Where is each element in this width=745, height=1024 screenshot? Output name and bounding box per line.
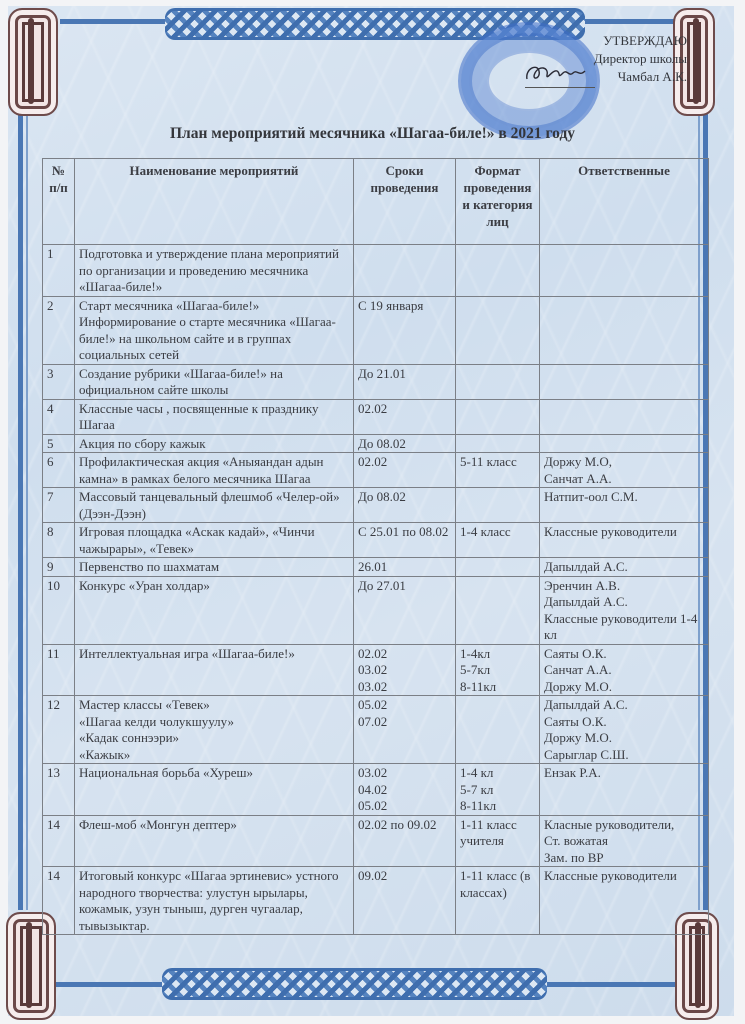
table-row: 1Подготовка и утверждение плана мероприя… [43, 245, 709, 297]
cell-format: 1-4 кл 5-7 кл 8-11кл [456, 764, 540, 816]
header-event-name: Наименование мероприятий [75, 159, 354, 245]
cell-number: 6 [43, 453, 75, 488]
cell-responsible: Саяты О.К. Санчат А.А. Доржу М.О. [540, 644, 709, 696]
cell-number: 13 [43, 764, 75, 816]
cell-format [456, 558, 540, 577]
cell-responsible [540, 245, 709, 297]
celtic-band-bottom [162, 968, 547, 1000]
cell-number: 12 [43, 696, 75, 764]
cell-responsible: Дапылдай А.С. [540, 558, 709, 577]
cell-event-name: Флеш-моб «Монгун дептер» [75, 815, 354, 867]
cell-responsible: Ензак Р.А. [540, 764, 709, 816]
cell-dates: С 19 января [354, 296, 456, 364]
cell-dates: 26.01 [354, 558, 456, 577]
document-title: План мероприятий месячника «Шагаа-биле!»… [0, 125, 745, 143]
cell-dates: 03.02 04.02 05.02 [354, 764, 456, 816]
table-row: 9Первенство по шахматам26.01Дапылдай А.С… [43, 558, 709, 577]
cell-dates [354, 245, 456, 297]
cell-event-name: Профилактическая акция «Аныяандан адын к… [75, 453, 354, 488]
table-row: 5Акция по сбору кажыкДо 08.02 [43, 434, 709, 453]
cell-dates: 09.02 [354, 867, 456, 935]
cell-format: 1-11 класс учителя [456, 815, 540, 867]
cell-event-name: Классные часы , посвященные к празднику … [75, 399, 354, 434]
cell-event-name: Интеллектуальная игра «Шагаа-биле!» [75, 644, 354, 696]
frame-left-line [18, 110, 23, 910]
cell-format [456, 399, 540, 434]
table-row: 2Старт месячника «Шагаа-биле!» Информиро… [43, 296, 709, 364]
cell-dates: 02.02 по 09.02 [354, 815, 456, 867]
cell-event-name: Создание рубрики «Шагаа-биле!» на официа… [75, 364, 354, 399]
cell-responsible [540, 434, 709, 453]
cell-number: 3 [43, 364, 75, 399]
table-row: 11Интеллектуальная игра «Шагаа-биле!»02.… [43, 644, 709, 696]
cell-event-name: Массовый танцевальный флешмоб «Челер-ой»… [75, 488, 354, 523]
approval-name: Чамбал А.К. [594, 68, 687, 86]
cell-format: 1-11 класс (в классах) [456, 867, 540, 935]
cell-event-name: Мастер классы «Тевек» «Шагаа келди чолук… [75, 696, 354, 764]
cell-event-name: Итоговый конкурс «Шагаа эртиневис» устно… [75, 867, 354, 935]
cell-number: 10 [43, 576, 75, 644]
table-row: 12Мастер классы «Тевек» «Шагаа келди чол… [43, 696, 709, 764]
cell-responsible [540, 364, 709, 399]
table-row: 6Профилактическая акция «Аныяандан адын … [43, 453, 709, 488]
table-row: 7Массовый танцевальный флешмоб «Челер-ой… [43, 488, 709, 523]
cell-dates: 02.02 03.02 03.02 [354, 644, 456, 696]
cell-event-name: Акция по сбору кажык [75, 434, 354, 453]
cell-number: 7 [43, 488, 75, 523]
header-responsible: Ответственные [540, 159, 709, 245]
table-header-row: № п/п Наименование мероприятий Сроки про… [43, 159, 709, 245]
frame-left-inner-line [26, 110, 28, 910]
approval-block: УТВЕРЖДАЮ Директор школы Чамбал А.К. [594, 32, 687, 86]
cell-event-name: Старт месячника «Шагаа-биле!» Информиров… [75, 296, 354, 364]
cell-format: 5-11 класс [456, 453, 540, 488]
cell-event-name: Первенство по шахматам [75, 558, 354, 577]
cell-format [456, 364, 540, 399]
cell-format [456, 434, 540, 453]
cell-format: 1-4кл 5-7кл 8-11кл [456, 644, 540, 696]
cell-format [456, 696, 540, 764]
cell-format [456, 488, 540, 523]
table-row: 13Национальная борьба «Хуреш»03.02 04.02… [43, 764, 709, 816]
table-row: 3Создание рубрики «Шагаа-биле!» на офици… [43, 364, 709, 399]
cell-responsible: Классные руководители [540, 867, 709, 935]
cell-dates: С 25.01 по 08.02 [354, 523, 456, 558]
header-format: Формат проведения и категория лиц [456, 159, 540, 245]
cell-number: 11 [43, 644, 75, 696]
cell-responsible [540, 296, 709, 364]
cell-responsible: Эренчин А.В. Дапылдай А.С. Классные руко… [540, 576, 709, 644]
approval-position: Директор школы [594, 50, 687, 68]
frame-bottom-line [55, 982, 165, 987]
director-signature [525, 63, 595, 88]
cell-dates: 02.02 [354, 453, 456, 488]
approval-heading: УТВЕРЖДАЮ [594, 32, 687, 50]
cell-number: 5 [43, 434, 75, 453]
cell-dates: 05.02 07.02 [354, 696, 456, 764]
cell-format [456, 296, 540, 364]
frame-top-line [60, 19, 170, 24]
cell-dates: До 21.01 [354, 364, 456, 399]
cell-responsible: Дапылдай А.С. Саяты О.К. Доржу М.О. Сары… [540, 696, 709, 764]
cell-event-name: Национальная борьба «Хуреш» [75, 764, 354, 816]
cell-format: 1-4 класс [456, 523, 540, 558]
cell-number: 1 [43, 245, 75, 297]
cell-responsible: Доржу М.О, Санчат А.А. [540, 453, 709, 488]
cell-dates: До 08.02 [354, 488, 456, 523]
table-row: 14Итоговый конкурс «Шагаа эртиневис» уст… [43, 867, 709, 935]
table-row: 4Классные часы , посвященные к празднику… [43, 399, 709, 434]
cell-number: 14 [43, 867, 75, 935]
cell-event-name: Подготовка и утверждение плана мероприят… [75, 245, 354, 297]
cell-number: 2 [43, 296, 75, 364]
header-number: № п/п [43, 159, 75, 245]
table-row: 14Флеш-моб «Монгун дептер»02.02 по 09.02… [43, 815, 709, 867]
corner-knot-icon [8, 8, 58, 116]
cell-responsible: Классные руководители [540, 523, 709, 558]
header-dates: Сроки проведения [354, 159, 456, 245]
cell-number: 8 [43, 523, 75, 558]
cell-event-name: Конкурс «Уран холдар» [75, 576, 354, 644]
cell-number: 9 [43, 558, 75, 577]
cell-responsible [540, 399, 709, 434]
cell-event-name: Игровая площадка «Аскак кадай», «Чинчи ч… [75, 523, 354, 558]
cell-format [456, 245, 540, 297]
table-row: 8Игровая площадка «Аскак кадай», «Чинчи … [43, 523, 709, 558]
table-row: 10Конкурс «Уран холдар»До 27.01Эренчин А… [43, 576, 709, 644]
cell-dates: 02.02 [354, 399, 456, 434]
cell-number: 14 [43, 815, 75, 867]
cell-format [456, 576, 540, 644]
cell-number: 4 [43, 399, 75, 434]
cell-dates: До 27.01 [354, 576, 456, 644]
cell-dates: До 08.02 [354, 434, 456, 453]
events-plan-table: № п/п Наименование мероприятий Сроки про… [42, 158, 709, 935]
cell-responsible: Натпит-оол С.М. [540, 488, 709, 523]
cell-responsible: Класные руководители, Ст. вожатая Зам. п… [540, 815, 709, 867]
